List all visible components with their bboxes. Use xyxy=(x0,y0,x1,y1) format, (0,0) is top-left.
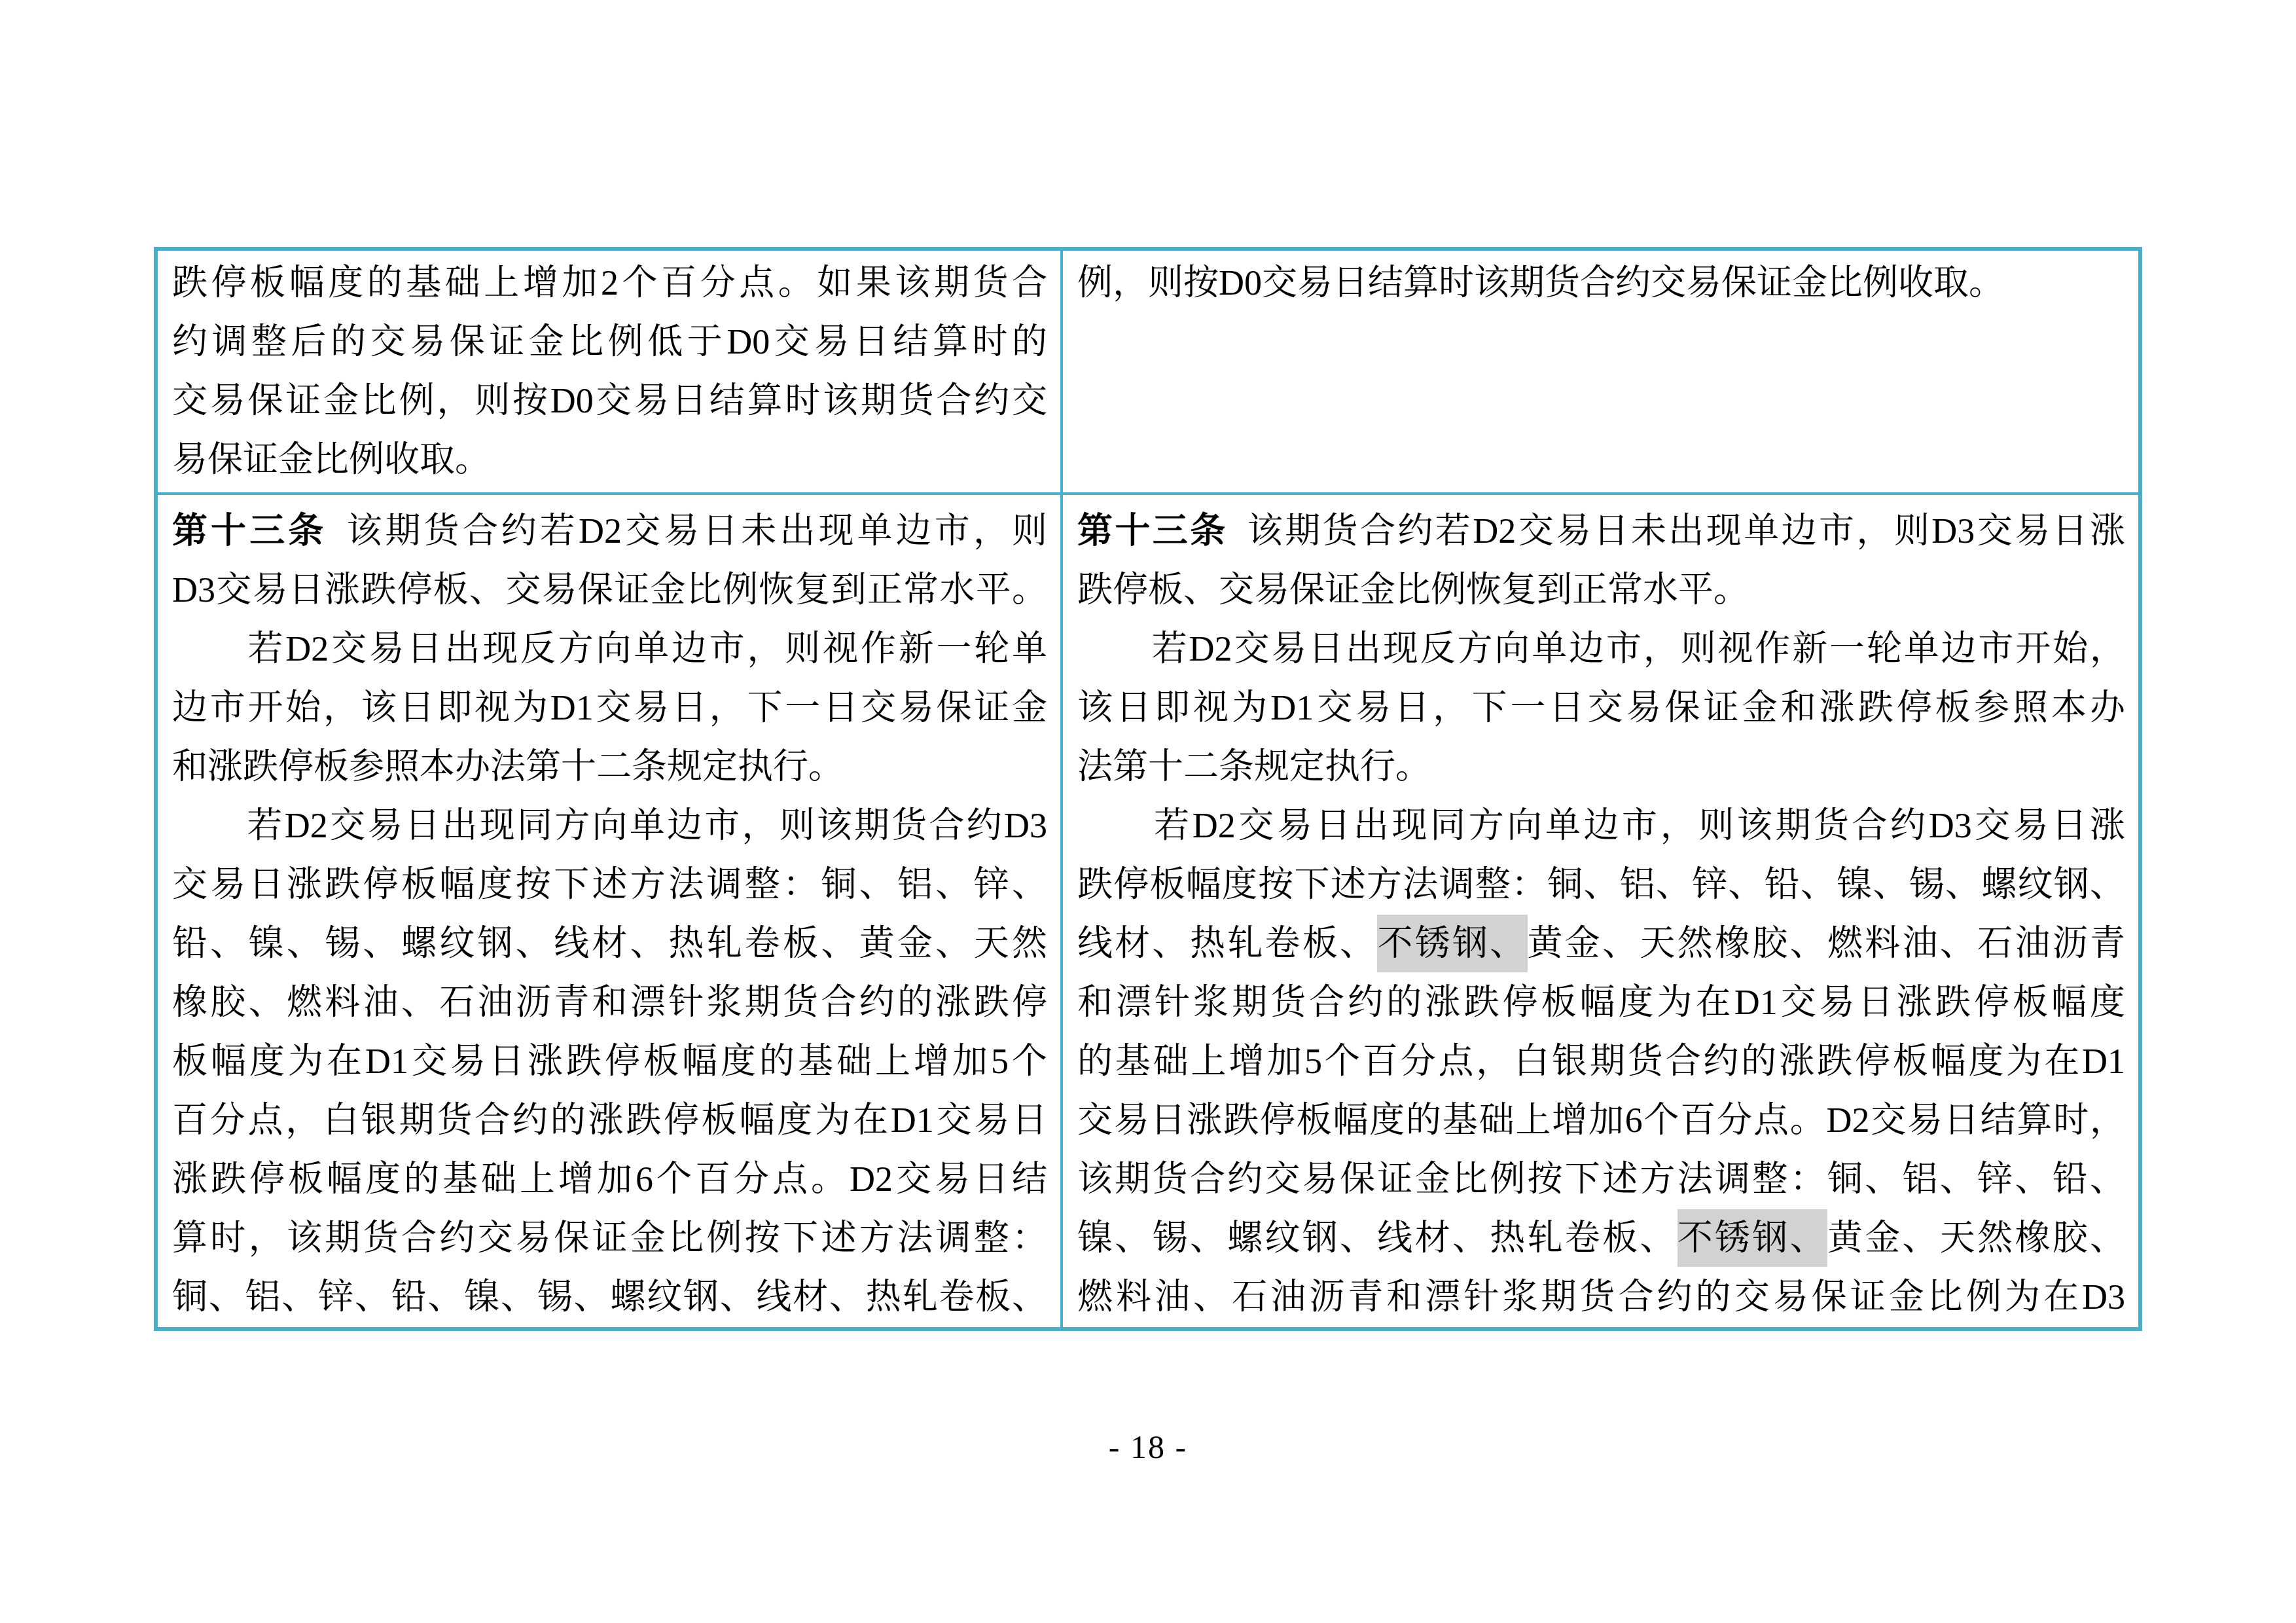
text-line: 交易保证金比例，则按D0交易日结算时该期货合约交 xyxy=(172,371,1047,430)
text-line: 第十三条该期货合约若D2交易日未出现单边市，则D3交易日涨 xyxy=(1077,501,2125,560)
text-line: 交易日涨跌停板幅度按下述方法调整：铜、铝、锌、 xyxy=(172,855,1047,914)
text-line: 若D2交易日出现反方向单边市，则视作新一轮单 xyxy=(172,619,1047,678)
text-line: 板幅度为在D1交易日涨跌停板幅度的基础上增加5个 xyxy=(172,1032,1047,1091)
text-line: 镍、锡、螺纹钢、线材、热轧卷板、不锈钢、黄金、天然橡胶、 xyxy=(1077,1209,2125,1267)
text-segment: 线材、热轧卷板、 xyxy=(1077,924,1377,963)
text-line: 百分点，白银期货合约的涨跌停板幅度为在D1交易日 xyxy=(172,1091,1047,1150)
text-line: 橡胶、燃料油、石油沥青和漂针浆期货合约的涨跌停 xyxy=(172,973,1047,1032)
text-line: D3交易日涨跌停板、交易保证金比例恢复到正常水平。 xyxy=(172,560,1047,619)
document-page: 跌停板幅度的基础上增加2个百分点。如果该期货合 约调整后的交易保证金比例低于D0… xyxy=(0,0,2296,1623)
text-line: 该日即视为D1交易日，下一日交易保证金和涨跌停板参照本办 xyxy=(1077,678,2125,737)
text-line: 约调整后的交易保证金比例低于D0交易日结算时的 xyxy=(172,312,1047,371)
text-line: 燃料油、石油沥青和漂针浆期货合约的交易保证金比例为在D3 xyxy=(1077,1267,2125,1326)
cell-row2-right: 第十三条该期货合约若D2交易日未出现单边市，则D3交易日涨 跌停板、交易保证金比… xyxy=(1063,495,2138,1327)
text-line: 易保证金比例收取。 xyxy=(172,430,1047,489)
text-line: 若D2交易日出现同方向单边市，则该期货合约D3交易日涨 xyxy=(1077,796,2125,855)
text-line: 边市开始，该日即视为D1交易日，下一日交易保证金 xyxy=(172,678,1047,737)
cell-row1-right: 例，则按D0交易日结算时该期货合约交易保证金比例收取。 xyxy=(1063,251,2138,495)
cell-row2-left: 第十三条该期货合约若D2交易日未出现单边市，则 D3交易日涨跌停板、交易保证金比… xyxy=(158,495,1063,1327)
text-line: 和涨跌停板参照本办法第十二条规定执行。 xyxy=(172,737,1047,796)
text-line: 铅、镍、锡、螺纹钢、线材、热轧卷板、黄金、天然 xyxy=(172,914,1047,973)
comparison-table: 跌停板幅度的基础上增加2个百分点。如果该期货合 约调整后的交易保证金比例低于D0… xyxy=(154,247,2142,1331)
page-number: - 18 - xyxy=(0,1427,2296,1467)
highlighted-text: 不锈钢、 xyxy=(1377,915,1527,972)
text-line: 法第十二条规定执行。 xyxy=(1077,737,2125,796)
text-line: 跌停板、交易保证金比例恢复到正常水平。 xyxy=(1077,560,2125,619)
text-line: 铜、铝、锌、铅、镍、锡、螺纹钢、线材、热轧卷板、 xyxy=(172,1267,1047,1326)
text-line: 和漂针浆期货合约的涨跌停板幅度为在D1交易日涨跌停板幅度 xyxy=(1077,973,2125,1032)
text-segment: 黄金、天然橡胶、燃料油、石油沥青 xyxy=(1528,924,2125,963)
text-line: 该期货合约交易保证金比例按下述方法调整：铜、铝、锌、铅、 xyxy=(1077,1150,2125,1209)
text-segment: 黄金、天然橡胶、 xyxy=(1827,1218,2125,1258)
text-line: 例，则按D0交易日结算时该期货合约交易保证金比例收取。 xyxy=(1077,253,2125,312)
article-heading: 第十三条 xyxy=(1077,511,1228,551)
text-line: 若D2交易日出现同方向单边市，则该期货合约D3 xyxy=(172,796,1047,855)
heading-rest: 该期货合约若D2交易日未出现单边市，则D3交易日涨 xyxy=(1247,511,2125,551)
text-line: 交易日涨跌停板幅度的基础上增加6个百分点。D2交易日结算时， xyxy=(1077,1091,2125,1150)
text-line: 的基础上增加5个百分点，白银期货合约的涨跌停板幅度为在D1 xyxy=(1077,1032,2125,1091)
text-line: 线材、热轧卷板、不锈钢、黄金、天然橡胶、燃料油、石油沥青 xyxy=(1077,914,2125,973)
text-line: 涨跌停板幅度的基础上增加6个百分点。D2交易日结 xyxy=(172,1150,1047,1209)
text-line: 算时，该期货合约交易保证金比例按下述方法调整： xyxy=(172,1209,1047,1267)
article-heading: 第十三条 xyxy=(172,511,327,551)
cell-row1-left: 跌停板幅度的基础上增加2个百分点。如果该期货合 约调整后的交易保证金比例低于D0… xyxy=(158,251,1063,495)
text-line: 跌停板幅度的基础上增加2个百分点。如果该期货合 xyxy=(172,253,1047,312)
text-line: 若D2交易日出现反方向单边市，则视作新一轮单边市开始， xyxy=(1077,619,2125,678)
highlighted-text: 不锈钢、 xyxy=(1677,1209,1827,1267)
text-line: 跌停板幅度按下述方法调整：铜、铝、锌、铅、镍、锡、螺纹钢、 xyxy=(1077,855,2125,914)
text-line: 第十三条该期货合约若D2交易日未出现单边市，则 xyxy=(172,501,1047,560)
heading-rest: 该期货合约若D2交易日未出现单边市，则 xyxy=(346,511,1047,551)
text-segment: 镍、锡、螺纹钢、线材、热轧卷板、 xyxy=(1077,1218,1677,1258)
